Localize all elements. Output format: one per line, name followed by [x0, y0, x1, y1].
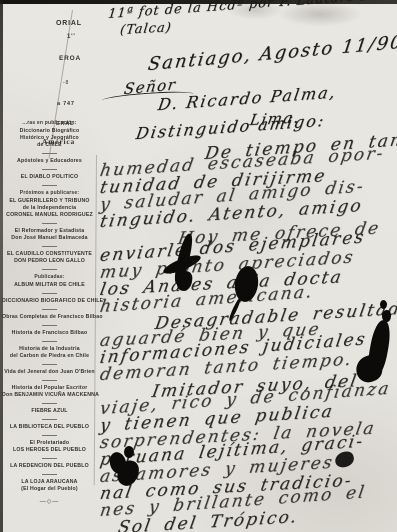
letterhead-publication-item: EL CAUDILLO CONSTITUYENTE — [2, 251, 97, 258]
letterhead-publication-item: Vida del Jeneral don Juan O'Brien — [2, 369, 97, 376]
letterhead-fragment: 1'' — [67, 34, 76, 40]
letterhead-publication-item: de la Independencia — [2, 205, 97, 212]
ink-blot-2 — [231, 266, 261, 326]
letterhead-separator — [42, 246, 57, 247]
letterhead-publication-item: Obras Completas de Francisco Bilbao — [2, 314, 97, 321]
letterhead-publication-item: Historia del Popular Escritor — [2, 385, 97, 392]
letterhead-publication-item: Historia de Francisco Bilbao — [2, 330, 97, 337]
letterhead-separator — [42, 403, 57, 404]
letterhead-end-mark: —◇— — [2, 498, 97, 505]
letterhead-publication-item: EL GUERRILLERO Y TRIBUNO — [2, 198, 97, 205]
letterhead-publication-item: LA LOJA ARAUCANA — [2, 479, 97, 486]
letterhead-publication-item: del Carbon de Piedra en Chile — [2, 353, 97, 360]
letterhead-separator — [42, 185, 57, 186]
letterhead-publication-item: Diccionario Biográfico — [2, 128, 97, 135]
letterhead-publication-item: Historia de la Industria — [2, 346, 97, 353]
letterhead-separator — [42, 309, 57, 310]
handwritten-annotation-line2: (Talca) — [119, 21, 172, 37]
ink-blot-1 — [162, 233, 206, 295]
letterhead-separator — [42, 169, 57, 170]
letterhead-publication-item: Histórico y Jeográfico — [2, 135, 97, 142]
letterhead-publication-item: CORONEL MANUEL RODRIGUEZ — [2, 212, 97, 219]
letterhead-publication-item: de CHILE — [2, 142, 97, 149]
letterhead-publication-item: Don José Manuel Balmaceda — [2, 235, 97, 242]
handwritten-dateline: Santiago, Agosto 11/900. — [147, 32, 397, 74]
letterhead-fragment: a 747 — [57, 101, 75, 107]
letterhead-section-heading: ...ras en publicación: — [2, 120, 97, 127]
letterhead-separator — [42, 341, 57, 342]
letterhead-publication-item: ALBUM MILITAR DE CHILE — [2, 282, 97, 289]
handwritten-annotation-line1: 11ª fot de la Hcdª por P. Lautaro Ferm — [107, 0, 397, 21]
letterhead-separator — [42, 153, 57, 154]
letterhead-fragment: ORIAL — [56, 20, 82, 27]
letterhead-publication-item: EL DIABLO POLITICO — [2, 174, 97, 181]
letterhead-separator — [42, 458, 57, 459]
letterhead-separator — [42, 293, 57, 294]
letterhead-separator — [42, 419, 57, 420]
letterhead-publication-item: LA BIBLIOTECA DEL PUEBLO — [2, 424, 97, 431]
letterhead-publication-item: El Reformador y Estadista — [2, 228, 97, 235]
letterhead-separator — [42, 474, 57, 475]
letterhead-publication-item: FIEBRE AZUL — [2, 408, 97, 415]
letterhead-publication-item: DON PEDRO LEON GALLO — [2, 258, 97, 265]
letterhead-publication-item: LOS HEROES DEL PUEBLO — [2, 447, 97, 454]
letterhead-separator — [42, 325, 57, 326]
letterhead-publication-item: El Proletariado — [2, 440, 97, 447]
letterhead-separator — [42, 269, 57, 270]
letterhead-separator — [42, 364, 57, 365]
ink-blot-4 — [110, 446, 142, 488]
letterhead-separator — [42, 380, 57, 381]
letterhead-separator — [42, 223, 57, 224]
letterhead-publication-item: Apóstoles y Educadores — [2, 158, 97, 165]
letterhead-publication-item: LA REDENCION DEL PUEBLO — [2, 463, 97, 470]
letterhead-publication-item: Don BENJAMIN VICUÑA MACKENNA — [2, 392, 97, 399]
scanned-letter-page: ORIAL 1'' EROA -8 a 747 ERAL América ...… — [0, 0, 397, 532]
letterhead-fragment: -8 — [63, 80, 69, 86]
ink-blot-5 — [335, 452, 355, 468]
letterhead-publication-list: ...ras en publicación:Diccionario Biográ… — [2, 119, 97, 505]
letterhead-section-heading: Publicadas: — [2, 274, 97, 281]
letterhead-separator — [42, 435, 57, 436]
ink-blot-3 — [352, 300, 397, 392]
handwritten-recipient-name: D. Ricardo Palma, — [157, 84, 338, 113]
letterhead-publication-item: DICCIONARIO BIOGRAFICO DE CHILE — [2, 298, 97, 305]
letterhead-section-heading: Próximos a publicarse: — [2, 190, 97, 197]
letterhead-publication-item: (El Hogar del Pueblo) — [2, 486, 97, 493]
letterhead-fragment: EROA — [59, 55, 81, 62]
